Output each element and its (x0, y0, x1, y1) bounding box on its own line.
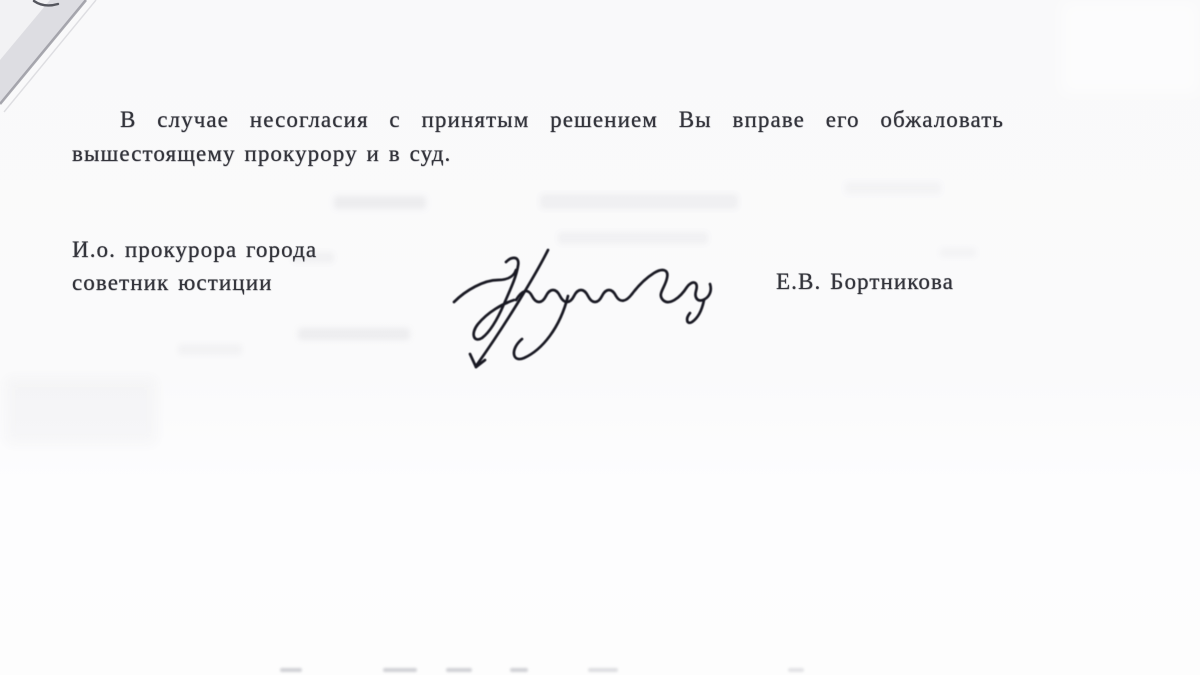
paragraph-line: В случае несогласия с принятым решением … (72, 103, 1004, 137)
bleed-through-smudge (298, 328, 410, 340)
scan-tone-patch (1060, 0, 1200, 95)
text-remnant-dash (588, 668, 618, 672)
handwritten-signature (436, 236, 728, 382)
text-remnant-dash (280, 668, 302, 672)
bleed-through-smudge (6, 378, 156, 444)
scanned-document-page: В случае несогласия с принятым решением … (0, 0, 1200, 675)
bleed-through-smudge (334, 196, 426, 209)
signer-position-line: И.о. прокурора города (72, 233, 432, 266)
bottom-edge-text-remnant (0, 666, 1200, 675)
signer-name: Е.В. Бортникова (776, 265, 954, 299)
bleed-through-smudge (178, 344, 242, 355)
bleed-through-smudge (845, 182, 941, 194)
bleed-through-smudge (540, 194, 738, 209)
bleed-through-smudge (940, 248, 976, 257)
paragraph-line: вышестоящему прокурору и в суд. (72, 137, 1004, 171)
text-remnant-dash (383, 668, 417, 672)
text-remnant-dash (788, 668, 804, 672)
signer-position-line: советник юстиции (72, 266, 432, 299)
text-remnant-dash (446, 668, 472, 672)
signer-position-block: И.о. прокурора города советник юстиции (72, 233, 432, 299)
appeal-notice-paragraph: В случае несогласия с принятым решением … (72, 103, 1004, 171)
text-remnant-dash (510, 668, 528, 672)
